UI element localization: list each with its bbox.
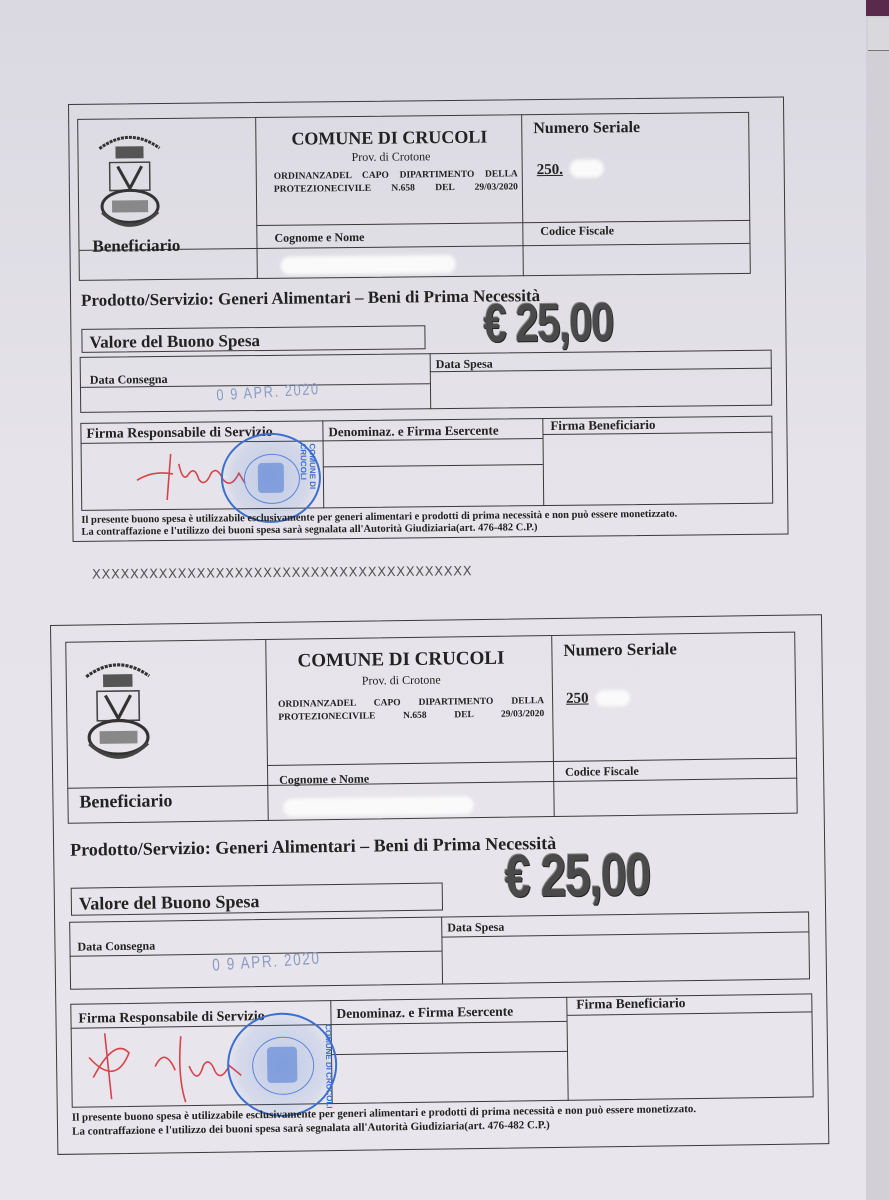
value-label: Valore del Buono Spesa	[89, 331, 260, 353]
beneficiary-label: Beneficiario	[92, 236, 180, 257]
municipal-emblem-icon	[75, 650, 161, 771]
delivery-date-label: Data Consegna	[90, 372, 168, 388]
municipal-seal-icon: COMUNE DI CRUCOLI	[220, 432, 321, 523]
redaction	[596, 690, 630, 706]
name-label: Cognome e Nome	[279, 772, 369, 788]
province-name: Prov. di Crotone	[362, 673, 441, 689]
redaction	[570, 159, 604, 177]
municipality-name: COMUNE DI CRUCOLI	[297, 648, 504, 673]
name-label: Cognome e Nome	[274, 230, 364, 246]
serial-label: Numero Seriale	[533, 119, 640, 138]
tax-code-label: Codice Fiscale	[565, 764, 639, 780]
background-surface	[866, 0, 889, 1200]
municipality-name: COMUNE DI CRUCOLI	[291, 127, 487, 150]
merchant-signature-label: Denominaz. e Firma Esercente	[336, 1004, 513, 1022]
ordinance-reference: ORDINANZADEL CAPO DIPARTIMENTO DELLA PRO…	[278, 695, 544, 725]
beneficiary-signature-label: Firma Beneficiario	[550, 417, 655, 434]
municipal-emblem-icon	[89, 126, 170, 237]
voucher-amount: € 25,00	[504, 840, 650, 911]
voucher-2: COMUNE DI CRUCOLI Prov. di Crotone ORDIN…	[50, 614, 829, 1155]
ordinance-reference: ORDINANZADEL CAPO DIPARTIMENTO DELLA PRO…	[274, 168, 518, 197]
serial-value: 250	[566, 690, 589, 707]
beneficiary-label: Beneficiario	[79, 790, 172, 812]
tax-code-label: Codice Fiscale	[540, 223, 614, 239]
serial-value: 250.	[537, 162, 563, 179]
product-line: Prodotto/Servizio: Generi Alimentari – B…	[81, 286, 540, 311]
dates-table	[80, 350, 773, 413]
province-name: Prov. di Crotone	[351, 149, 430, 165]
serial-label: Numero Seriale	[563, 639, 677, 661]
beneficiary-signature-label: Firma Beneficiario	[576, 995, 685, 1013]
merchant-signature-label: Denominaz. e Firma Esercente	[328, 423, 498, 441]
voucher-amount: € 25,00	[483, 291, 613, 354]
redaction	[281, 255, 456, 275]
spend-date-label: Data Spesa	[447, 920, 504, 936]
delivery-date-label: Data Consegna	[77, 939, 155, 955]
product-line: Prodotto/Servizio: Generi Alimentari – B…	[70, 833, 556, 861]
redaction	[283, 796, 473, 817]
value-label: Valore del Buono Spesa	[79, 891, 260, 915]
spend-date-label: Data Spesa	[436, 357, 493, 373]
voucher-1: COMUNE DI CRUCOLI Prov. di Crotone ORDIN…	[68, 97, 789, 542]
